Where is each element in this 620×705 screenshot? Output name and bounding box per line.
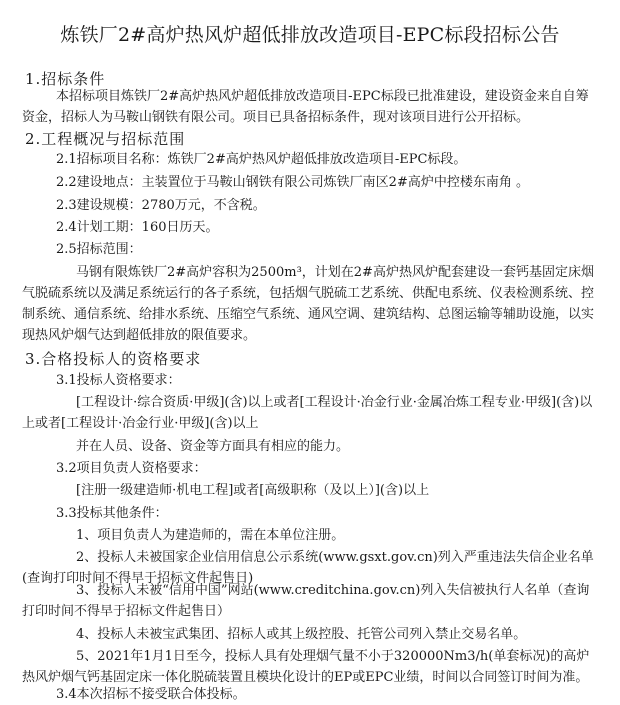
item-2-2: 2.2建设地点：主装置位于马鞍山钢铁有限公司炼铁厂南区2#高炉中控楼东南角 。 [56, 172, 529, 193]
bidder-ability: 并在人员、设备、资金等方面具有相应的能力。 [76, 436, 349, 457]
condition-1: 1、项目负责人为建造师的，需在本单位注册。 [76, 525, 344, 546]
item-3-2: 3.2项目负责人资格要求： [56, 458, 207, 479]
condition-4: 4、投标人未被宝武集团、招标人或其上级控股、托管公司列入禁止交易名单。 [76, 624, 526, 645]
manager-qualification: [注册一级建造师·机电工程]或者[高级职称（及以上）](含)以上 [76, 480, 429, 501]
section-3-heading: 3.合格投标人的资格要求 [25, 348, 201, 369]
section-1-body: 本招标项目炼铁厂2#高炉热风炉超低排放改造项目-EPC标段已批准建设，建设资金来… [22, 86, 596, 128]
item-2-4: 2.4计划工期：160日历天。 [56, 217, 219, 238]
condition-5: 5、2021年1月1日至今，投标人具有处理烟气量不小于320000Nm3/h(单… [22, 646, 596, 688]
item-3-4: 3.4本次招标不接受联合体投标。 [56, 684, 246, 705]
item-3-3: 3.3投标其他条件： [56, 503, 168, 524]
scope-body: 马钢有限炼铁厂2#高炉容积为2500m³，计划在2#高炉热风炉配套建设一套钙基固… [22, 262, 596, 346]
item-2-1: 2.1招标项目名称：炼铁厂2#高炉热风炉超低排放改造项目-EPC标段。 [56, 149, 466, 170]
item-2-5: 2.5招标范围： [56, 239, 142, 260]
tender-notice-page: 炼铁厂2#高炉热风炉超低排放改造项目-EPC标段招标公告 1.招标条件 本招标项… [0, 0, 620, 705]
section-2-heading: 2.工程概况与招标范围 [25, 128, 185, 149]
item-3-1: 3.1投标人资格要求： [56, 370, 181, 391]
item-2-3: 2.3建设规模：2780万元，不含税。 [56, 195, 266, 216]
bidder-qualification: [工程设计·综合资质·甲级](含)以上或者[工程设计·冶金行业·金属冶炼工程专业… [22, 392, 596, 434]
condition-3: 3、投标人未被“信用中国”网站(www.creditchina.gov.cn)列… [22, 580, 596, 622]
page-title: 炼铁厂2#高炉热风炉超低排放改造项目-EPC标段招标公告 [0, 20, 620, 47]
